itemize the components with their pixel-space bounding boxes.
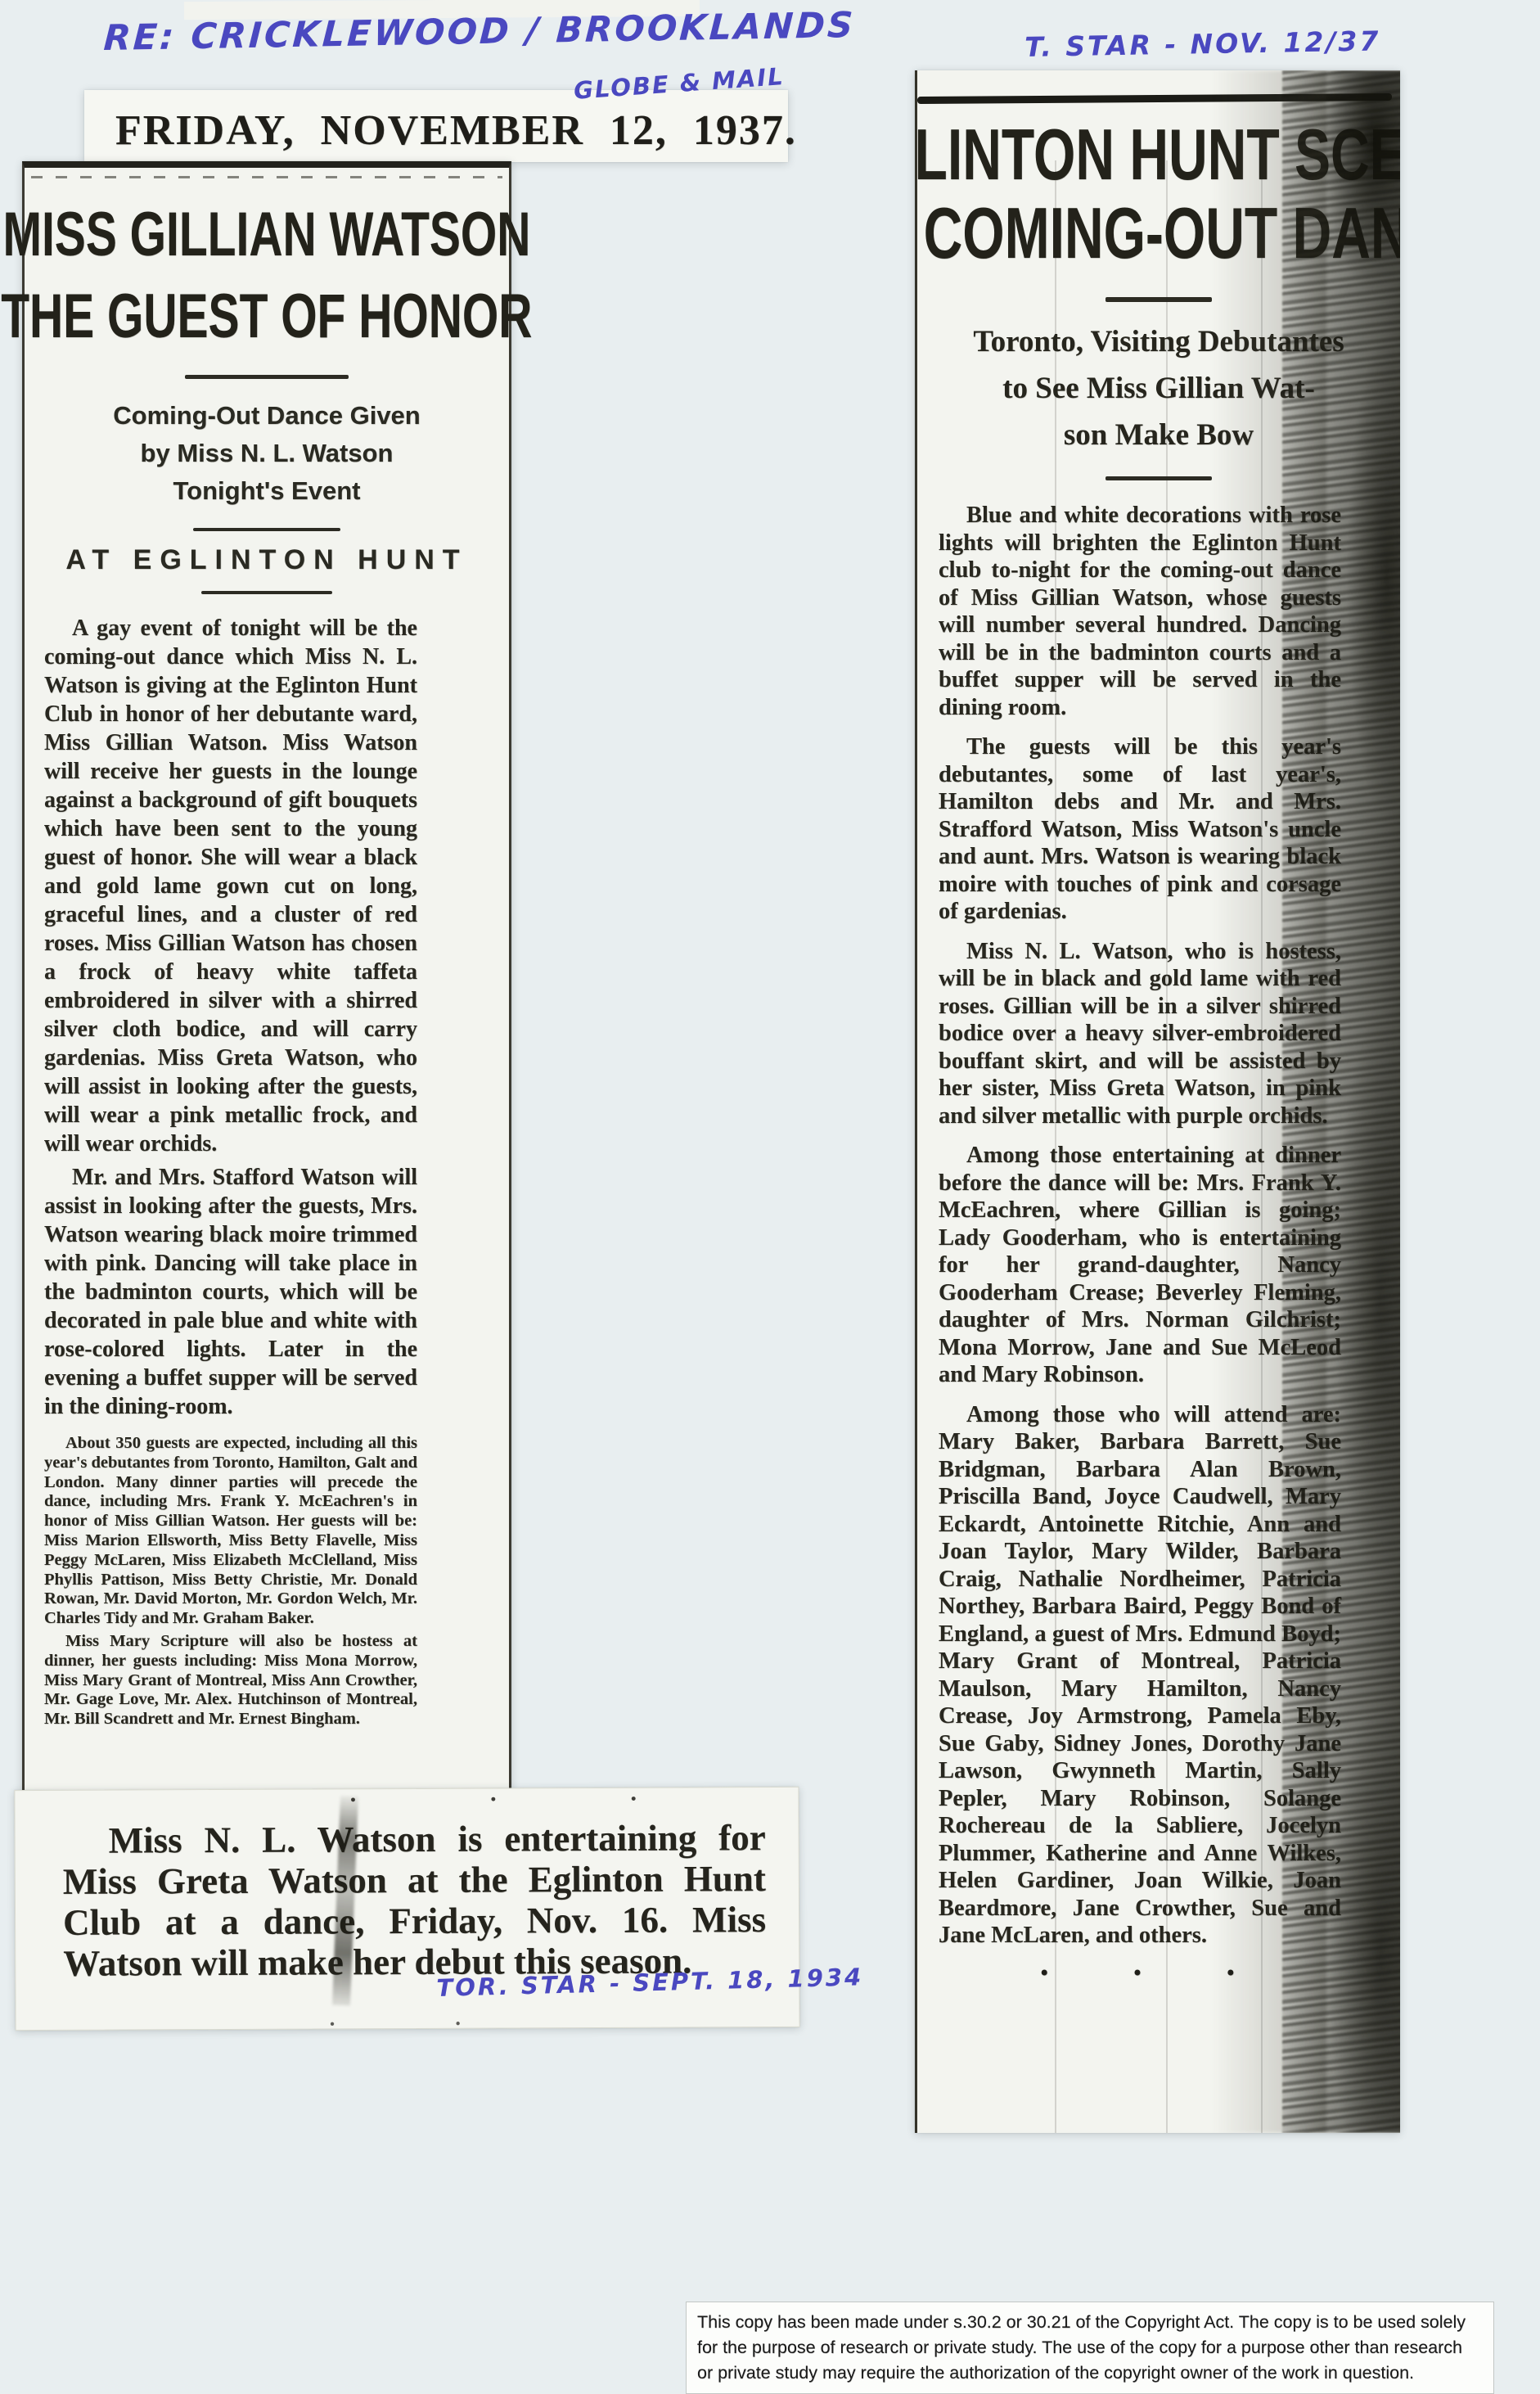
article-paragraph: Mr. and Mrs. Stafford Watson will assist… [44,1163,417,1421]
copyright-line: This copy has been made under s.30.2 or … [697,2310,1493,2335]
headline-line-1: MISS GILLIAN WATSON [3,200,531,270]
left-article-body-small-type: About 350 guests are expected, including… [25,1426,509,1729]
divider [185,375,349,379]
ornament-dots: • • • [349,1791,701,1809]
divider [1105,476,1212,480]
article-paragraph: The guests will be this year's debutante… [939,733,1341,926]
copyright-line: for the purpose of research or private s… [697,2335,1493,2360]
divider [193,528,340,531]
article-paragraph: Blue and white decorations with rose lig… [939,502,1341,721]
photocopy-smudge-band [1282,70,1400,2133]
scanned-newspaper-page: RE: CRICKLEWOOD / BROOKLANDS FRIDAY, NOV… [0,0,1540,2394]
dateline-text: FRIDAY, NOVEMBER 12, 1937. [84,90,788,155]
dateline-clipping: FRIDAY, NOVEMBER 12, 1937. [84,90,788,162]
divider [1105,297,1212,302]
rule-decoration [31,176,502,178]
article-paragraph: Among those entertaining at dinner befor… [939,1142,1341,1389]
copyright-notice: This copy has been made under s.30.2 or … [686,2302,1494,2394]
copyright-line: or private study may require the authori… [697,2360,1493,2386]
subhead-line: Coming-Out Dance Given [25,397,509,435]
subhead-line: by Miss N. L. Watson [25,435,509,472]
ornament-dots: • • • [939,1962,1341,1985]
handwritten-source-annotation-tstar: T. STAR - NOV. 12/37 [1024,25,1381,63]
subhead-line: Tonight's Event [25,472,509,510]
notice-text: Miss N. L. Watson is entertaining for Mi… [15,1788,799,1984]
ornament-dots: • • [329,2016,520,2031]
right-article-clipping: EGLINTON HUNT SCENE OF COMING-OUT DANCE … [915,70,1400,2133]
article-paragraph-small: Miss Mary Scripture will also be hostess… [44,1632,417,1729]
fold-line [1261,160,1263,2133]
left-article-clipping: MISS GILLIAN WATSON THE GUEST OF HONOR C… [22,161,511,1795]
article-paragraph-small: About 350 guests are expected, including… [44,1434,417,1629]
fold-line [1055,160,1056,2133]
fold-line [1166,160,1168,2133]
subhead: Coming-Out Dance Given by Miss N. L. Wat… [25,397,509,510]
headline-line-2: THE GUEST OF HONOR [1,282,532,352]
article-paragraph: Among those who will attend are: Mary Ba… [939,1401,1341,1950]
left-article-headline: MISS GILLIAN WATSON THE GUEST OF HONOR [25,200,509,352]
article-paragraph: A gay event of tonight will be the comin… [44,614,417,1158]
article-paragraph: Miss N. L. Watson, who is hostess, will … [939,938,1341,1130]
left-article-body: A gay event of tonight will be the comin… [25,594,509,1421]
kicker-line: AT EGLINTON HUNT [25,544,509,576]
